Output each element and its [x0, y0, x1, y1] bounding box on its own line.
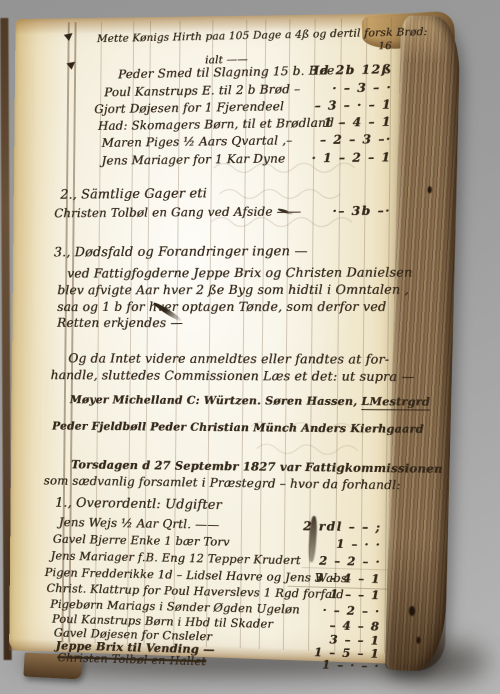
amount: – 3 – · – 1 — [314, 97, 392, 112]
handwriting-line: saa og 1 b for hver optagen Tønde, som d… — [57, 299, 386, 314]
line-text: Had: Skomagers Børn, til et Brødland – — [98, 115, 344, 133]
ledger-page: Mette Kønigs Hirth paa 105 Dage a 4ß og … — [9, 13, 461, 666]
amount: 1 – – 1 — [330, 587, 381, 602]
line-text: saa og 1 b for hver optagen Tønde, som d… — [57, 299, 386, 314]
line-text: Christen Tolbøl en Gang ved Afside —— — [54, 204, 301, 220]
line-text: Torsdagen d 27 Septembr 1827 var Fattigk… — [71, 457, 443, 475]
line-text: Og da Intet videre anmeldtes eller fandt… — [68, 351, 389, 367]
handwriting-line: Retten erkjendes — — [57, 315, 183, 330]
amount: 3d 2b 12ß — [310, 62, 393, 78]
line-text: Gavel Bjerre Enke 1 bær Torv — [53, 532, 230, 549]
line-text: 2., Sämtlige Gager eti — [60, 186, 207, 202]
handwriting-line: ved Fattigfogderne Jeppe Brix og Christe… — [67, 264, 412, 280]
signature-line: Peder Fjeldbøll Peder Christian Münch An… — [52, 420, 424, 436]
amount: · – 3 – · — [332, 80, 392, 95]
expense-line: Peder Smed til Slagning 15 b. Høe3d 2b 1… — [118, 62, 392, 81]
superscript-note: 16 — [378, 41, 391, 52]
paper-surface: Mette Kønigs Hirth paa 105 Dage a 4ß og … — [9, 13, 407, 664]
amount: 2 rdl – – ; — [303, 519, 381, 534]
amount: 1 – · · — [336, 537, 381, 552]
line-text: Peder Smed til Slagning 15 b. Høe — [118, 63, 334, 81]
handwriting-line: Og da Intet videre anmeldtes eller fandt… — [68, 351, 389, 367]
expense-line: Poul Kanstrups E. til 2 b Brød –· – 3 – … — [104, 80, 392, 99]
handwriting-line: handle, sluttedes Commissionen Læs et de… — [51, 367, 415, 384]
section-heading: 1., Overordentl: Udgifter — [55, 496, 222, 513]
amount: – 4 – 8 — [329, 618, 380, 633]
amount: 1 – 4 – 1 — [323, 115, 391, 130]
edge-speck — [428, 186, 432, 193]
line-text: Jens Mariager f.B. Eng 12 Tepper Krudert — [51, 549, 301, 568]
signature-line: Møyer Michelland C: Würtzen. Søren Hasse… — [70, 393, 430, 408]
margin-ink-mark — [64, 33, 73, 41]
edge-speck — [409, 606, 415, 616]
line-text: Møyer Michelland C: Würtzen. Søren Hasse… — [70, 393, 357, 408]
amount: · 1 – 2 – 1 — [312, 150, 392, 165]
expense-line: Had: Skomagers Børn, til et Brødland –1 … — [98, 115, 392, 133]
line-text: ved Fattigfogderne Jeppe Brix og Christe… — [67, 264, 412, 280]
amount: 3 – 4 – 1 — [315, 570, 381, 585]
amount: 1 – · – · — [322, 657, 380, 673]
section-heading: 2., Sämtlige Gager eti — [60, 186, 207, 202]
line-text: blev afvigte Aar hver 2 ße Byg som hidti… — [57, 282, 409, 298]
amount: ·– 3b –· — [332, 204, 391, 219]
amount: – 2 – 3 –· — [320, 132, 392, 147]
line-text: Gjort Døjesen for 1 Fjerendeel — [94, 99, 284, 116]
line-text: Poul Kanstrups E. til 2 b Brød – — [104, 82, 300, 99]
line-text: handle, sluttedes Commissionen Læs et de… — [51, 367, 415, 384]
line-text: Maren Piges ½ Aars Qvartal ,– — [102, 133, 293, 150]
line-text: 3., Dødsfald og Forandringer ingen — — [54, 244, 308, 260]
expense-line: Christen Tolbøl en Gang ved Afside ——·– … — [54, 204, 391, 221]
edge-speck — [416, 637, 420, 644]
line-text: Retten erkjendes — — [57, 315, 183, 330]
handwriting-line: blev afvigte Aar hver 2 ße Byg som hidti… — [57, 282, 409, 298]
line-text: Jens Mariager for 1 Kar Dyne — [101, 151, 285, 167]
line-text: Jens Wejs ½ Aar Qrtl. —— — [59, 515, 220, 532]
handwriting-line: som sædvanlig forsamlet i Præstegrd – hv… — [44, 474, 401, 493]
expense-line: Maren Piges ½ Aars Qvartal ,–– 2 – 3 –· — [102, 132, 392, 150]
manuscript-photo: Mette Kønigs Hirth paa 105 Dage a 4ß og … — [0, 0, 500, 694]
line-text: som sædvanlig forsamlet i Præstegrd – hv… — [44, 474, 401, 493]
amount: 2 – 2 – · — [319, 553, 381, 568]
section-heading: 3., Dødsfald og Forandringer ingen — — [54, 244, 308, 260]
line-text: 1., Overordentl: Udgifter — [55, 496, 222, 513]
underlined-signature: LMestrgrd — [361, 395, 430, 411]
line-text: Peder Fjeldbøll Peder Christian Münch An… — [52, 420, 424, 436]
amount: · – 2 – · — [323, 603, 381, 618]
expense-line: Gjort Døjesen for 1 Fjerendeel– 3 – · – … — [94, 97, 392, 116]
date-heading: Torsdagen d 27 Septembr 1827 var Fattigk… — [71, 457, 443, 475]
expense-line: Jens Wejs ½ Aar Qrtl. ——2 rdl – – ; — [59, 515, 382, 534]
line-text: 16 — [378, 41, 391, 52]
